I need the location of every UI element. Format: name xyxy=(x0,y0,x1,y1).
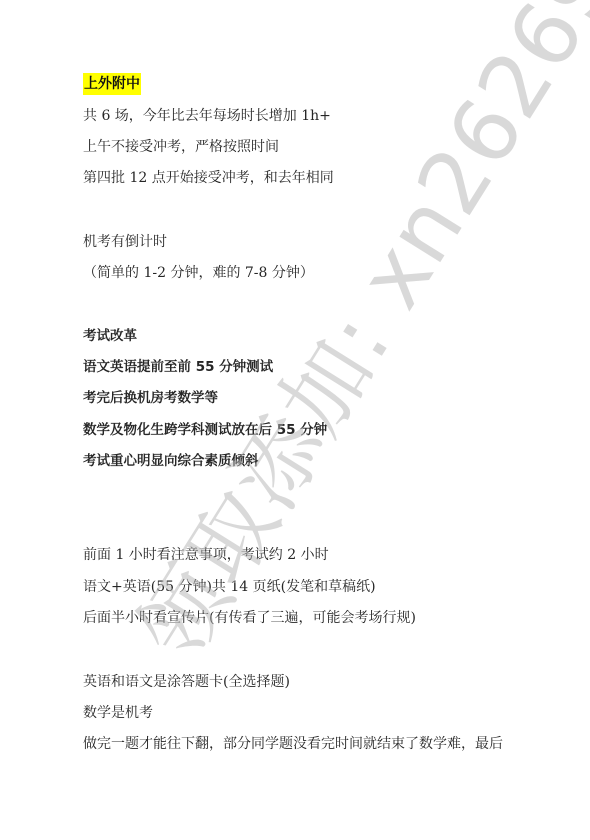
reform-title: 考试改革 xyxy=(83,326,137,346)
reform-line-4: 考试重心明显向综合素质倾斜 xyxy=(83,451,259,471)
reform-line-3: 数学及物化生跨学科测试放在后 55 分钟 xyxy=(83,420,327,440)
overview-line-2: 上午不接受冲考，严格按照时间 xyxy=(83,137,279,157)
format-line-1: 英语和语文是涂答题卡(全选择题) xyxy=(83,672,290,692)
computer-exam-line-2: （简单的 1-2 分钟，难的 7-8 分钟） xyxy=(83,263,314,283)
format-line-2: 数学是机考 xyxy=(83,703,153,723)
overview-line-1: 共 6 场，今年比去年每场时长增加 1h+ xyxy=(83,106,331,126)
computer-exam-line-1: 机考有倒计时 xyxy=(83,232,167,252)
schedule-line-1: 前面 1 小时看注意事项，考试约 2 小时 xyxy=(83,545,329,565)
format-line-3: 做完一题才能往下翻，部分同学题没看完时间就结束了数学难，最后 xyxy=(83,734,503,754)
reform-line-1: 语文英语提前至前 55 分钟测试 xyxy=(83,357,273,377)
document-heading: 上外附中 xyxy=(83,73,141,95)
reform-line-2: 考完后换机房考数学等 xyxy=(83,388,218,408)
document-page: 上外附中 共 6 场，今年比去年每场时长增加 1h+ 上午不接受冲考，严格按照时… xyxy=(0,0,590,840)
schedule-line-3: 后面半小时看宣传片(有传看了三遍，可能会考场行规) xyxy=(83,608,416,628)
overview-line-3: 第四批 12 点开始接受冲考，和去年相同 xyxy=(83,168,334,188)
schedule-line-2: 语文+英语(55 分钟)共 14 页纸(发笔和草稿纸) xyxy=(83,577,376,597)
